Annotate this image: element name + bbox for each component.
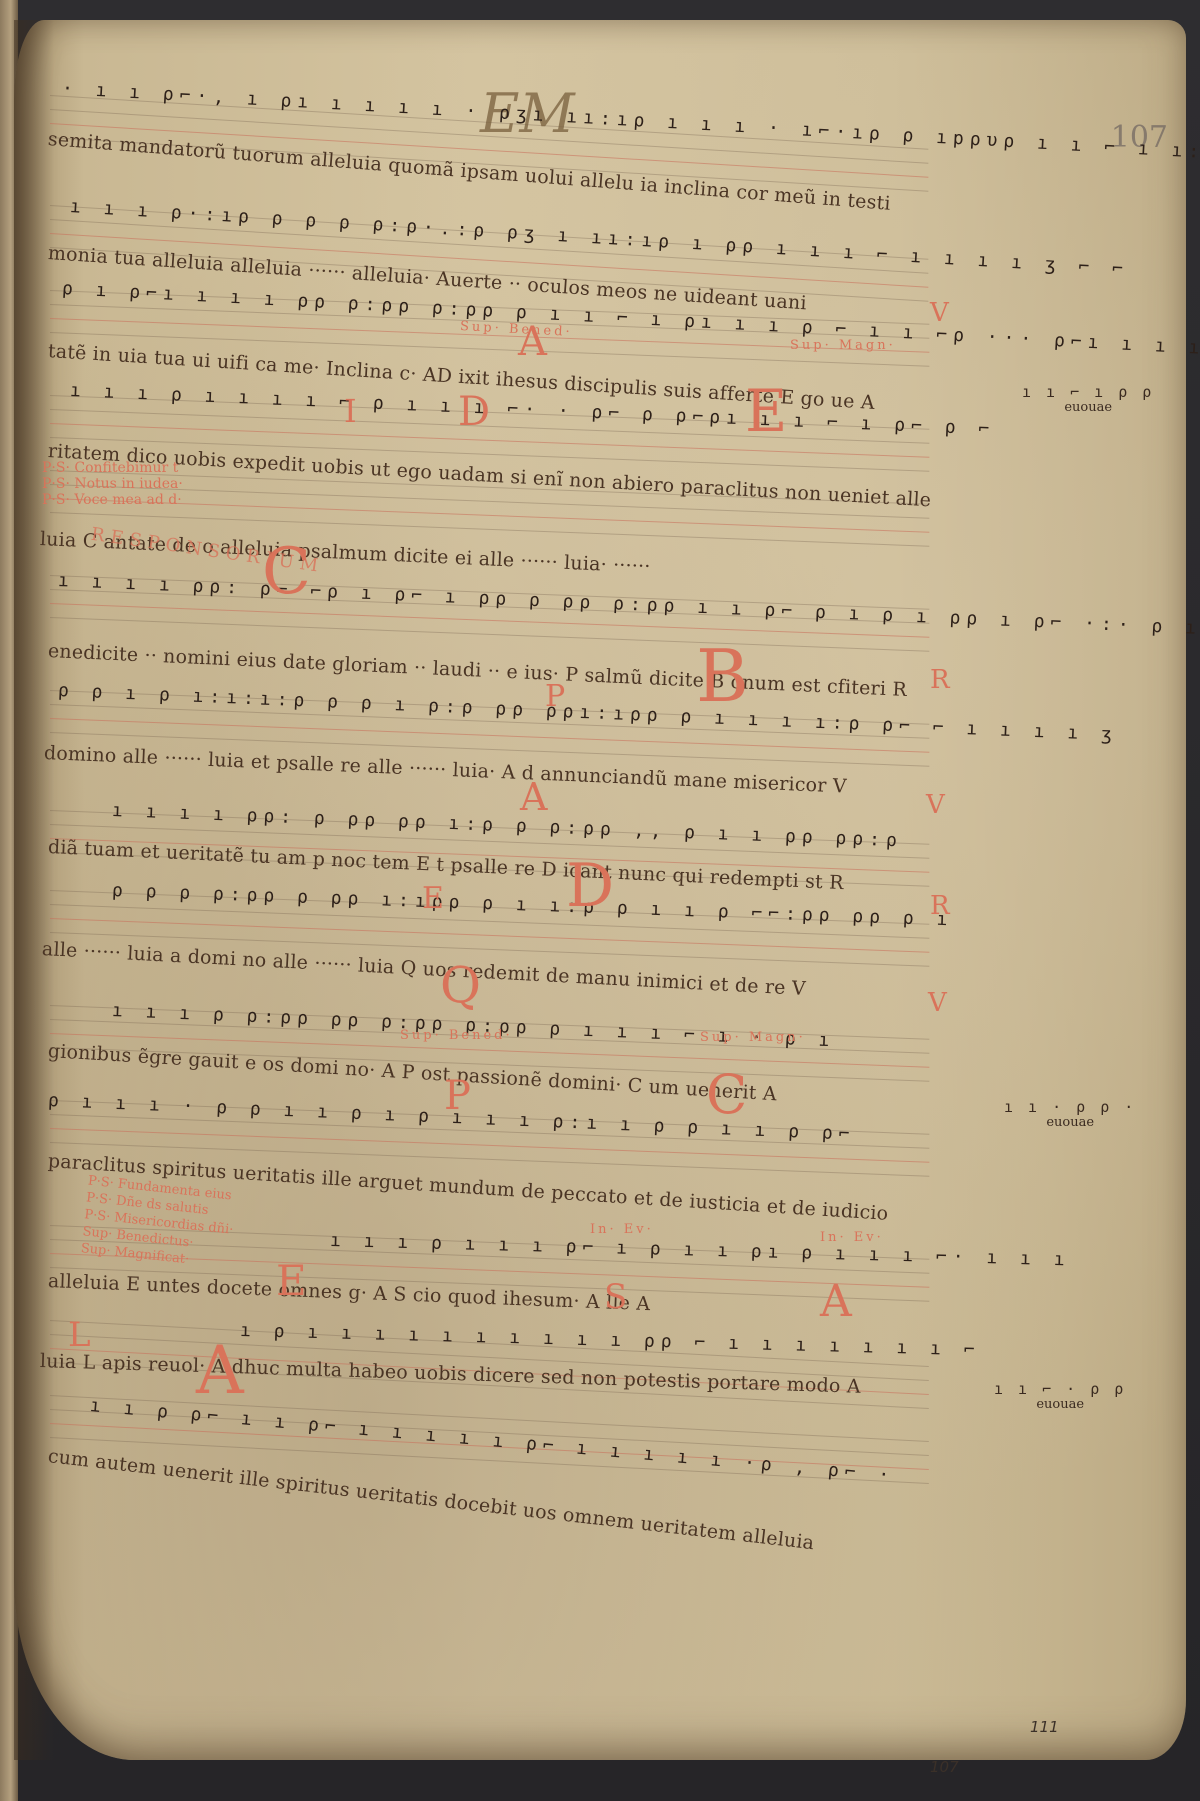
left-psalm-rubrics: P·S· Confitebimur t P·S· Notus in iudea·…	[42, 460, 183, 508]
initial-c-cum: C	[706, 1068, 747, 1122]
cue-neumes: ı ı ⌐ · ρ ρ	[994, 1382, 1126, 1398]
response-marker: R	[930, 667, 950, 693]
initial-d-dixit: D	[458, 392, 490, 432]
initial-q-quos: Q	[440, 960, 481, 1010]
initial-a-adhuc: A	[196, 1338, 244, 1404]
cue-text: euouae	[1022, 401, 1154, 415]
initial-e-euntes: E	[276, 1260, 307, 1302]
response-marker: R	[930, 893, 950, 919]
initial-p-post: P	[444, 1076, 471, 1116]
initial-d-dicant: D	[566, 856, 614, 916]
margin-euouae-cue: ı ı ⌐ ı ρ ρ euouae	[1022, 385, 1154, 414]
verse-marker: V	[930, 300, 949, 326]
folio-number-bottom-outer: 111	[1030, 1718, 1059, 1736]
rubric-sup-bened-2: Sup· Bened·	[400, 1028, 513, 1043]
rubric-ps-voce: P·S· Voce mea ad d·	[42, 492, 183, 508]
left-psalm-rubrics-2: P·S· Fundamenta eius P·S· Dñe ds salutis…	[80, 1172, 238, 1272]
cue-neumes: ı ı · ρ ρ ·	[1004, 1100, 1136, 1116]
rubric-sup-magn: Sup· Magn·	[790, 338, 896, 353]
cue-text: euouae	[1004, 1116, 1136, 1130]
rubric-in-ev-1: In· Ev·	[590, 1222, 654, 1237]
initial-a-alle: A	[820, 1280, 852, 1324]
folio-number-bottom: 107	[930, 1758, 959, 1776]
initial-b-bonum: B	[696, 640, 749, 712]
cue-neumes: ı ı ⌐ ı ρ ρ	[1022, 385, 1154, 401]
initial-i-inclina: I	[344, 395, 357, 427]
margin-euouae-cue: ı ı ⌐ · ρ ρ euouae	[994, 1382, 1126, 1411]
verse-marker: V	[926, 792, 945, 818]
rubric-ps-confitebimur: P·S· Confitebimur t	[42, 460, 183, 476]
cue-text: euouae	[994, 1398, 1126, 1412]
initial-a-ad: A	[520, 778, 547, 816]
initial-s-scio: S	[604, 1280, 627, 1314]
margin-euouae-cue: ı ı · ρ ρ · euouae	[1004, 1100, 1136, 1129]
initial-e-ego: E	[745, 382, 787, 440]
initial-e-et: E	[422, 884, 444, 914]
rubric-in-ev-2: In· Ev·	[820, 1230, 884, 1245]
verse-marker: V	[928, 990, 947, 1016]
rubric-ps-notus: P·S· Notus in iudea·	[42, 476, 183, 492]
rubric-sup-magn-2: Sup· Magn·	[700, 1030, 806, 1045]
initial-p-psalmum: P	[545, 682, 565, 712]
initial-l-lapis: L	[68, 1318, 91, 1352]
